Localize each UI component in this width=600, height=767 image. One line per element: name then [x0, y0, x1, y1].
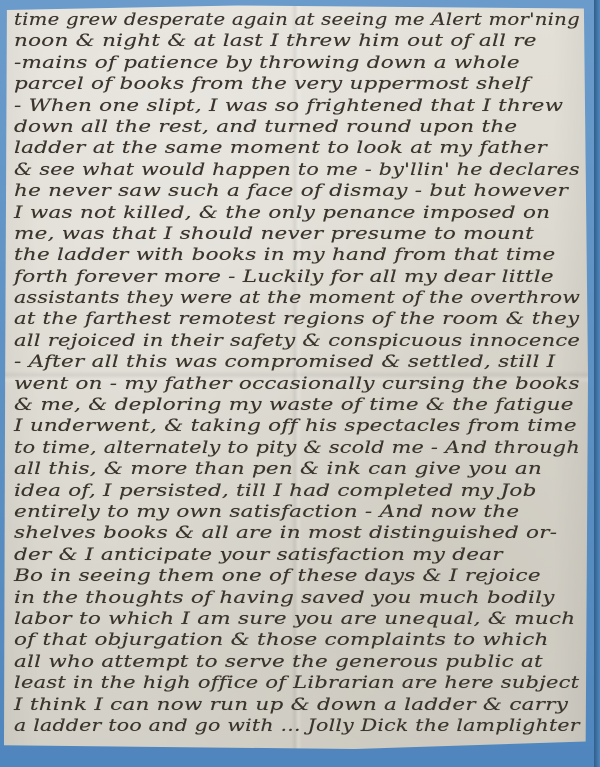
text-line: to time, alternately to pity & scold me … — [14, 438, 600, 459]
text-line: & see what would happen to me - by'llin'… — [14, 160, 600, 181]
text-line: all who attempt to serve the generous pu… — [14, 652, 600, 673]
text-line: I think I can now run up & down a ladder… — [14, 695, 600, 716]
text-line: entirely to my own satisfaction - And no… — [14, 502, 600, 523]
text-line: noon & night & at last I threw him out o… — [14, 31, 600, 52]
text-line: assistants they were at the moment of th… — [14, 288, 600, 309]
text-line: all rejoiced in their safety & conspicuo… — [14, 331, 600, 352]
text-line: - After all this was compromised & settl… — [14, 352, 600, 373]
text-line: me, was that I should never presume to m… — [14, 224, 600, 245]
text-line: Bo in seeing them one of these days & I … — [14, 566, 600, 587]
text-line: forth forever more - Luckily for all my … — [14, 267, 600, 288]
text-line: the ladder with books in my hand from th… — [14, 245, 600, 266]
text-line: I was not killed, & the only penance imp… — [14, 203, 600, 224]
text-line: time grew desperate again at seeing me A… — [14, 10, 600, 31]
text-line: & me, & deploring my waste of time & the… — [14, 395, 600, 416]
text-line: - When one slipt, I was so frightened th… — [14, 96, 600, 117]
text-line: labor to which I am sure you are unequal… — [14, 609, 600, 630]
text-line: he never saw such a face of dismay - but… — [14, 181, 600, 202]
text-line: parcel of books from the very uppermost … — [14, 74, 600, 95]
text-line: went on - my father occasionally cursing… — [14, 374, 600, 395]
text-line: least in the high office of Librarian ar… — [14, 673, 600, 694]
text-line: -mains of patience by throwing down a wh… — [14, 53, 600, 74]
text-line: all this, & more than pen & ink can give… — [14, 459, 600, 480]
frame-edge — [594, 0, 600, 767]
text-line: shelves books & all are in most distingu… — [14, 523, 600, 544]
text-line: der & I anticipate your satisfaction my … — [14, 545, 600, 566]
text-line: of that objurgation & those complaints t… — [14, 630, 600, 651]
text-line: a ladder too and go with ... Jolly Dick … — [14, 716, 600, 737]
text-line: idea of, I persisted, till I had complet… — [14, 481, 600, 502]
handwritten-text-block: time grew desperate again at seeing me A… — [14, 10, 586, 737]
text-line: down all the rest, and turned round upon… — [14, 117, 600, 138]
text-line: in the thoughts of having saved you much… — [14, 588, 600, 609]
text-line: I underwent, & taking off his spectacles… — [14, 416, 600, 437]
text-line: ladder at the same moment to look at my … — [14, 138, 600, 159]
text-line: at the farthest remotest regions of the … — [14, 309, 600, 330]
letter-page: time grew desperate again at seeing me A… — [4, 4, 588, 749]
